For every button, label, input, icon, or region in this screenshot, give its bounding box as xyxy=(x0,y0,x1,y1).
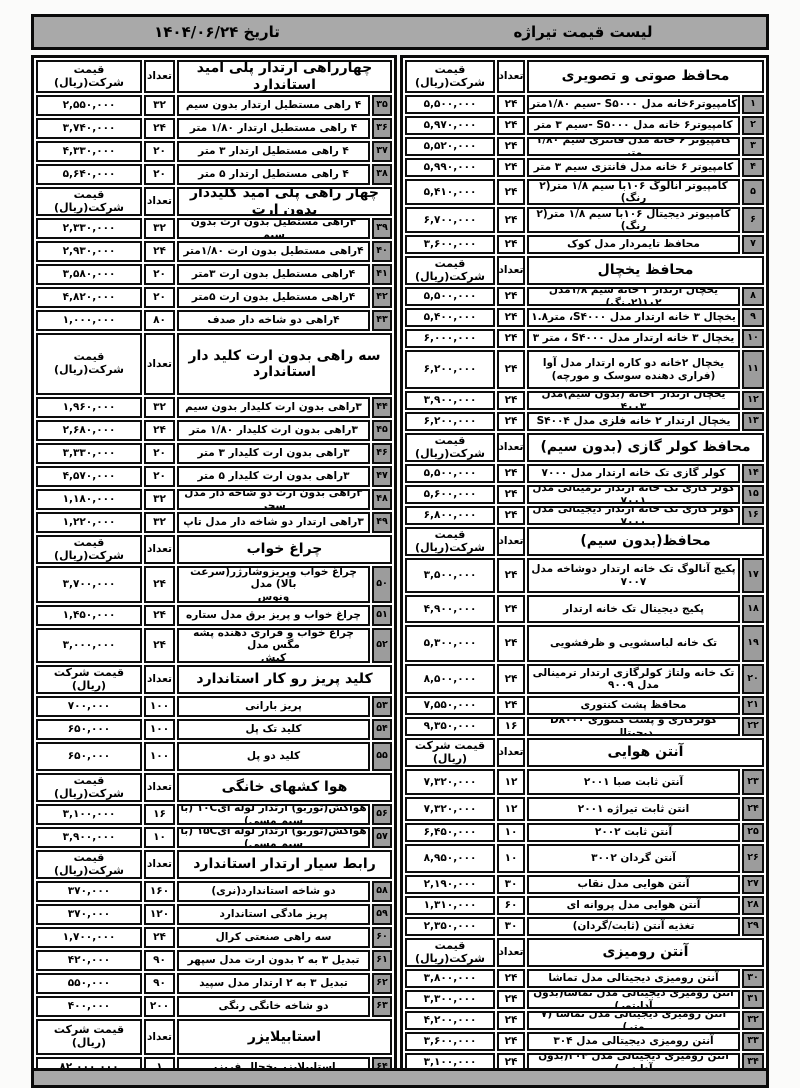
product-name: محافظ تایمردار مدل کوک xyxy=(527,235,740,254)
table-row: ۶۲تبدیل ۳ به ۲ ارتدار مدل سپید۹۰۵۵۰,۰۰۰ xyxy=(36,973,392,994)
quantity-value: ۲۴ xyxy=(497,558,525,593)
product-name: هواکش(توربو) ارتدار لوله ای۱۵C (با سیم م… xyxy=(177,827,370,848)
table-row: ۴۶۳راهی بدون ارت کلیدار ۳ متر۲۰۳,۳۳۰,۰۰۰ xyxy=(36,443,392,464)
quantity-value: ۲۴ xyxy=(144,241,175,262)
quantity-value: ۲۴ xyxy=(497,464,525,483)
row-number: ۷ xyxy=(742,235,764,254)
section-title: رابط سیار ارتدار استاندارد xyxy=(177,850,392,879)
table-row: ۵۵کلید دو پل۱۰۰۶۵۰,۰۰۰ xyxy=(36,742,392,771)
price-value: ۵,۵۰۰,۰۰۰ xyxy=(405,464,495,483)
row-number: ۲۹ xyxy=(742,917,764,936)
quantity-value: ۲۴ xyxy=(497,329,525,348)
row-number: ۵۲ xyxy=(372,628,392,663)
product-name: کامپیوتر ۶ خانه مدل فانتزی سیم ۳ متر xyxy=(527,158,740,177)
section-title: چراغ خواب xyxy=(177,535,392,564)
product-name: هواکش(توربو) ارتدار لوله ای۱۰C (با سیم م… xyxy=(177,804,370,825)
row-number: ۲۰ xyxy=(742,664,764,694)
section-header-row: محافظ(بدون سیم)تعدادقیمت شرکت(ریال) xyxy=(405,527,764,556)
section-title: آنتن هوایی xyxy=(527,738,764,767)
product-name: یخچال ۲خانه دو کاره ارتدار مدل آوا(فراری… xyxy=(527,350,740,389)
product-name: ۴راهی دو شاخه دار صدف xyxy=(177,310,370,331)
table-row: ۴۵۳راهی بدون ارت کلیدار ۱/۸۰ متر۲۴۲,۶۸۰,… xyxy=(36,420,392,441)
price-value: ۳,۶۰۰,۰۰۰ xyxy=(405,235,495,254)
quantity-value: ۱۶ xyxy=(497,717,525,736)
table-row: ۵۳پریز بارانی۱۰۰۷۰۰,۰۰۰ xyxy=(36,696,392,717)
qty-column-header: تعداد xyxy=(144,187,175,216)
price-list-page: تاریخ ۱۴۰۴/۰۶/۲۴ لیست قیمت تیراژه چهاررا… xyxy=(31,14,769,1084)
row-number: ۳۸ xyxy=(372,164,392,185)
table-row: ۶کامپیوتر دیجیتال ۱۰۶با سیم ۱/۸ متر(۲ رن… xyxy=(405,207,764,233)
price-value: ۳۷۰,۰۰۰ xyxy=(36,881,142,902)
price-value: ۵,۶۴۰,۰۰۰ xyxy=(36,164,142,185)
price-value: ۷,۳۲۰,۰۰۰ xyxy=(405,797,495,821)
product-name: ۴ راهی مستطیل ارتدار ۵ متر xyxy=(177,164,370,185)
table-row: ۱۸پکیج دیجیتال تک خانه ارتدار۲۴۴,۹۰۰,۰۰۰ xyxy=(405,595,764,623)
table-row: ۵۲چراغ خواب و فراری دهنده پشه مگس مدلکیش… xyxy=(36,628,392,663)
row-number: ۴۰ xyxy=(372,241,392,262)
row-number: ۴۴ xyxy=(372,397,392,418)
product-name: آنتن رومیزی دیجیتالی مدل تماشا(بدون آداپ… xyxy=(527,990,740,1009)
section-title: چهار راهی پلی آمید کلیددار بدون ارت xyxy=(177,187,392,216)
row-number: ۶۳ xyxy=(372,996,392,1017)
price-value: ۷۰۰,۰۰۰ xyxy=(36,696,142,717)
price-column-header: قیمت شرکت(ریال) xyxy=(36,60,142,93)
price-value: ۸,۹۵۰,۰۰۰ xyxy=(405,844,495,873)
product-name: پکیج دیجیتال تک خانه ارتدار xyxy=(527,595,740,623)
price-value: ۳,۱۰۰,۰۰۰ xyxy=(36,804,142,825)
price-value: ۱,۲۲۰,۰۰۰ xyxy=(36,512,142,533)
quantity-value: ۲۰ xyxy=(144,466,175,487)
qty-column-header: تعداد xyxy=(497,938,525,967)
row-number: ۱۸ xyxy=(742,595,764,623)
section-title: محافظ کولر گازی (بدون سیم) xyxy=(527,433,764,462)
row-number: ۶۱ xyxy=(372,950,392,971)
section-header-row: چهارراهی ارتدار پلی آمید استانداردتعدادق… xyxy=(36,60,392,93)
product-name: ۳راهی بدون ارت کلیدار ۵ متر xyxy=(177,466,370,487)
price-column-header: قیمت شرکت(ریال) xyxy=(36,187,142,216)
product-name: ۳راهی بدون ارت دو شاخه دار مدل سحر xyxy=(177,489,370,510)
quantity-value: ۲۴ xyxy=(144,420,175,441)
product-name: انتن ثابت تیراژه ۲۰۰۱ xyxy=(527,797,740,821)
quantity-value: ۳۲ xyxy=(144,512,175,533)
quantity-value: ۲۴ xyxy=(497,595,525,623)
quantity-value: ۶۰ xyxy=(497,896,525,915)
table-row: ۵۹پریز مادگی استاندارد۱۲۰۳۷۰,۰۰۰ xyxy=(36,904,392,925)
product-name: یخچال ارتدار ۲ خانه سیم ۱/۸مدل ۱۰۲(۲رنگ) xyxy=(527,287,740,306)
price-value: ۴,۳۳۰,۰۰۰ xyxy=(36,141,142,162)
quantity-value: ۱۲۰ xyxy=(144,904,175,925)
price-value: ۵۵۰,۰۰۰ xyxy=(36,973,142,994)
product-name: آنتن هوایی مدل نقاب xyxy=(527,875,740,894)
product-name: ۴راهی مستطیل بدون ارت ۵متر xyxy=(177,287,370,308)
product-name: ۳راهی بدون ارت کلیدار بدون سیم xyxy=(177,397,370,418)
row-number: ۲ xyxy=(742,116,764,135)
product-name: چراغ خواب وپریزوشارژر(سرعت بالا) مدلونوس xyxy=(177,566,370,603)
section-title: محافظ صوتی و تصویری xyxy=(527,60,764,93)
row-number: ۲۸ xyxy=(742,896,764,915)
quantity-value: ۱۰۰ xyxy=(144,696,175,717)
quantity-value: ۳۲ xyxy=(144,489,175,510)
quantity-value: ۲۴ xyxy=(497,485,525,504)
quantity-value: ۲۴ xyxy=(144,118,175,139)
section-header-row: کلید پریز رو کار استانداردتعدادقیمت شرکت… xyxy=(36,665,392,694)
table-row: ۴۱۴راهی مستطیل بدون ارت ۳متر۲۰۳,۵۸۰,۰۰۰ xyxy=(36,264,392,285)
price-value: ۳,۶۰۰,۰۰۰ xyxy=(405,1032,495,1051)
table-row: ۱۲یخچال ارتدار ۲خانه (بدون سیم)مدل ۴۰۰۳۲… xyxy=(405,391,764,410)
section-header-row: آنتن هواییتعدادقیمت شرکت (ریال) xyxy=(405,738,764,767)
quantity-value: ۲۴ xyxy=(497,207,525,233)
price-value: ۳,۹۰۰,۰۰۰ xyxy=(36,827,142,848)
quantity-value: ۱۰ xyxy=(497,823,525,842)
table-row: ۵۶هواکش(توربو) ارتدار لوله ای۱۰C (با سیم… xyxy=(36,804,392,825)
quantity-value: ۲۰ xyxy=(144,287,175,308)
product-name: آنتن هوایی مدل پروانه ای xyxy=(527,896,740,915)
product-name: آنتن ثابت ۲۰۰۲ xyxy=(527,823,740,842)
price-value: ۶,۴۵۰,۰۰۰ xyxy=(405,823,495,842)
product-name: کولرگازی و پشت کنتوری D۸۰۰۰ دیجیتال xyxy=(527,717,740,736)
row-number: ۵۳ xyxy=(372,696,392,717)
quantity-value: ۳۰ xyxy=(497,875,525,894)
qty-column-header: تعداد xyxy=(144,333,175,395)
row-number: ۴ xyxy=(742,158,764,177)
row-number: ۱۲ xyxy=(742,391,764,410)
quantity-value: ۲۴ xyxy=(497,969,525,988)
table-row: ۳۲آنتن رومیزی دیجیتالی مدل تماشا (۷ متر)… xyxy=(405,1011,764,1030)
price-value: ۴,۵۷۰,۰۰۰ xyxy=(36,466,142,487)
quantity-value: ۲۴ xyxy=(144,628,175,663)
qty-column-header: تعداد xyxy=(497,60,525,93)
section-header-row: محافظ یخچالتعدادقیمت شرکت(ریال) xyxy=(405,256,764,285)
row-number: ۵۷ xyxy=(372,827,392,848)
quantity-value: ۲۴ xyxy=(497,116,525,135)
product-name: کولر گازی تک خانه ارتدار دیجیتالی مدل ۷۰… xyxy=(527,506,740,525)
row-number: ۱۳ xyxy=(742,412,764,431)
quantity-value: ۲۴ xyxy=(497,391,525,410)
product-name: تک خانه لباسشویی و ظرفشویی xyxy=(527,625,740,662)
price-value: ۵,۶۰۰,۰۰۰ xyxy=(405,485,495,504)
quantity-value: ۹۰ xyxy=(144,973,175,994)
section-header-row: چهار راهی پلی آمید کلیددار بدون ارتتعداد… xyxy=(36,187,392,216)
price-value: ۳,۸۰۰,۰۰۰ xyxy=(405,969,495,988)
qty-column-header: تعداد xyxy=(144,535,175,564)
section-header-row: آنتن رومیزیتعدادقیمت شرکت(ریال) xyxy=(405,938,764,967)
quantity-value: ۲۴ xyxy=(497,350,525,389)
section-header-row: سه راهی بدون ارت کلید دار استانداردتعداد… xyxy=(36,333,392,395)
row-number: ۱۶ xyxy=(742,506,764,525)
left-half-table: چهارراهی ارتدار پلی آمید استانداردتعدادق… xyxy=(31,55,397,1084)
row-number: ۱۰ xyxy=(742,329,764,348)
qty-column-header: تعداد xyxy=(144,773,175,802)
row-number: ۴۷ xyxy=(372,466,392,487)
price-column-header: قیمت شرکت(ریال) xyxy=(405,527,495,556)
quantity-value: ۳۲ xyxy=(144,397,175,418)
row-number: ۵۰ xyxy=(372,566,392,603)
product-name: ۴ راهی مستطیل ارتدار بدون سیم xyxy=(177,95,370,116)
row-number: ۳۶ xyxy=(372,118,392,139)
row-number: ۳۱ xyxy=(742,990,764,1009)
product-name: ۴ راهی مستطیل ارتدار ۱/۸۰ متر xyxy=(177,118,370,139)
row-number: ۹ xyxy=(742,308,764,327)
price-value: ۶,۲۰۰,۰۰۰ xyxy=(405,412,495,431)
quantity-value: ۲۴ xyxy=(144,927,175,948)
row-number: ۳۵ xyxy=(372,95,392,116)
row-number: ۵۱ xyxy=(372,605,392,626)
section-title: سه راهی بدون ارت کلید دار استاندارد xyxy=(177,333,392,395)
table-row: ۴۷۳راهی بدون ارت کلیدار ۵ متر۲۰۴,۵۷۰,۰۰۰ xyxy=(36,466,392,487)
table-row: ۳۷۴ راهی مستطیل ارتدار ۳ متر۲۰۴,۳۳۰,۰۰۰ xyxy=(36,141,392,162)
quantity-value: ۲۴ xyxy=(497,412,525,431)
table-row: ۶۰سه راهی صنعتی کرال۲۴۱,۷۰۰,۰۰۰ xyxy=(36,927,392,948)
table-row: ۴کامپیوتر ۶ خانه مدل فانتزی سیم ۳ متر۲۴۵… xyxy=(405,158,764,177)
product-name: کلید دو پل xyxy=(177,742,370,771)
price-value: ۷,۳۲۰,۰۰۰ xyxy=(405,769,495,795)
table-row: ۴۸۳راهی بدون ارت دو شاخه دار مدل سحر۳۲۱,… xyxy=(36,489,392,510)
row-number: ۲۶ xyxy=(742,844,764,873)
quantity-value: ۱۲ xyxy=(497,769,525,795)
product-name: یخچال ارتدار ۲ خانه فلزی مدل S۴۰۰۴ xyxy=(527,412,740,431)
qty-column-header: تعداد xyxy=(497,738,525,767)
quantity-value: ۱۰۰ xyxy=(144,719,175,740)
table-row: ۸یخچال ارتدار ۲ خانه سیم ۱/۸مدل ۱۰۲(۲رنگ… xyxy=(405,287,764,306)
product-name: آنتن ثابت صبا ۲۰۰۱ xyxy=(527,769,740,795)
row-number: ۳۰ xyxy=(742,969,764,988)
page-title: لیست قیمت تیراژه xyxy=(400,17,766,47)
row-number: ۴۲ xyxy=(372,287,392,308)
table-row: ۲۸آنتن هوایی مدل پروانه ای۶۰۱,۳۱۰,۰۰۰ xyxy=(405,896,764,915)
price-column-header: قیمت شرکت(ریال) xyxy=(405,433,495,462)
price-value: ۱,۱۸۰,۰۰۰ xyxy=(36,489,142,510)
price-value: ۲,۵۵۰,۰۰۰ xyxy=(36,95,142,116)
title-bar: تاریخ ۱۴۰۴/۰۶/۲۴ لیست قیمت تیراژه xyxy=(31,14,769,50)
price-column-header: قیمت شرکت(ریال) xyxy=(36,333,142,395)
row-number: ۳۲ xyxy=(742,1011,764,1030)
row-number: ۳۹ xyxy=(372,218,392,239)
price-tables: چهارراهی ارتدار پلی آمید استانداردتعدادق… xyxy=(31,55,769,1084)
quantity-value: ۲۰ xyxy=(144,443,175,464)
section-title: چهارراهی ارتدار پلی آمید استاندارد xyxy=(177,60,392,93)
quantity-value: ۱۶۰ xyxy=(144,881,175,902)
quantity-value: ۳۲ xyxy=(144,218,175,239)
table-row: ۱۳یخچال ارتدار ۲ خانه فلزی مدل S۴۰۰۴۲۴۶,… xyxy=(405,412,764,431)
product-name: کولر گازی تک خانه ارتدار مدل ۷۰۰۰ xyxy=(527,464,740,483)
row-number: ۴۶ xyxy=(372,443,392,464)
table-row: ۵۴کلید تک پل۱۰۰۶۵۰,۰۰۰ xyxy=(36,719,392,740)
section-title: استابیلایزر xyxy=(177,1019,392,1055)
quantity-value: ۲۴ xyxy=(497,696,525,715)
product-name: تبدیل ۳ به ۲ بدون ارت مدل سپهر xyxy=(177,950,370,971)
product-name: کلید تک پل xyxy=(177,719,370,740)
row-number: ۵ xyxy=(742,179,764,205)
table-row: ۶۱تبدیل ۳ به ۲ بدون ارت مدل سپهر۹۰۴۲۰,۰۰… xyxy=(36,950,392,971)
price-value: ۲,۱۹۰,۰۰۰ xyxy=(405,875,495,894)
product-name: ۴راهی مستطیل بدون ارت ۳متر xyxy=(177,264,370,285)
row-number: ۴۹ xyxy=(372,512,392,533)
qty-column-header: تعداد xyxy=(497,433,525,462)
table-row: ۴۰۴راهی مستطیل بدون ارت ۱/۸۰متر۲۴۲,۹۳۰,۰… xyxy=(36,241,392,262)
product-name: سه راهی صنعتی کرال xyxy=(177,927,370,948)
qty-column-header: تعداد xyxy=(144,60,175,93)
row-number: ۱۷ xyxy=(742,558,764,593)
section-header-row: محافظ صوتی و تصویریتعدادقیمت شرکت(ریال) xyxy=(405,60,764,93)
price-value: ۴,۸۲۰,۰۰۰ xyxy=(36,287,142,308)
quantity-value: ۲۴ xyxy=(497,308,525,327)
price-value: ۳۷۰,۰۰۰ xyxy=(36,904,142,925)
price-value: ۸,۵۰۰,۰۰۰ xyxy=(405,664,495,694)
table-row: ۵۱چراغ خواب و پریز برق مدل ستاره۲۴۱,۴۵۰,… xyxy=(36,605,392,626)
row-number: ۵۵ xyxy=(372,742,392,771)
price-value: ۴۰۰,۰۰۰ xyxy=(36,996,142,1017)
quantity-value: ۲۴ xyxy=(497,179,525,205)
price-value: ۱,۴۵۰,۰۰۰ xyxy=(36,605,142,626)
quantity-value: ۱۰۰ xyxy=(144,742,175,771)
price-value: ۵,۹۷۰,۰۰۰ xyxy=(405,116,495,135)
price-value: ۳,۵۸۰,۰۰۰ xyxy=(36,264,142,285)
table-row: ۳۵۴ راهی مستطیل ارتدار بدون سیم۳۲۲,۵۵۰,۰… xyxy=(36,95,392,116)
product-name: کامپیوتر۶ خانه مدل S۵۰۰۰ -سیم ۳ متر xyxy=(527,116,740,135)
price-value: ۱,۳۱۰,۰۰۰ xyxy=(405,896,495,915)
product-name: چراغ خواب و فراری دهنده پشه مگس مدلکیش xyxy=(177,628,370,663)
quantity-value: ۱۰ xyxy=(497,844,525,873)
row-number: ۳ xyxy=(742,137,764,156)
qty-column-header: تعداد xyxy=(144,1019,175,1055)
section-header-row: محافظ کولر گازی (بدون سیم)تعدادقیمت شرکت… xyxy=(405,433,764,462)
section-header-row: چراغ خوابتعدادقیمت شرکت(ریال) xyxy=(36,535,392,564)
section-title: هوا کشهای خانگی xyxy=(177,773,392,802)
row-number: ۵۶ xyxy=(372,804,392,825)
row-number: ۵۹ xyxy=(372,904,392,925)
quantity-value: ۲۴ xyxy=(497,95,525,114)
right-half-table: محافظ صوتی و تصویریتعدادقیمت شرکت(ریال)۱… xyxy=(400,55,769,1084)
price-value: ۱,۷۰۰,۰۰۰ xyxy=(36,927,142,948)
table-row: ۷محافظ تایمردار مدل کوک۲۴۳,۶۰۰,۰۰۰ xyxy=(405,235,764,254)
quantity-value: ۳۰ xyxy=(497,917,525,936)
quantity-value: ۳۲ xyxy=(144,95,175,116)
table-row: ۴۲۴راهی مستطیل بدون ارت ۵متر۲۰۴,۸۲۰,۰۰۰ xyxy=(36,287,392,308)
price-value: ۲,۹۳۰,۰۰۰ xyxy=(36,241,142,262)
price-value: ۶۵۰,۰۰۰ xyxy=(36,742,142,771)
price-column-header: قیمت شرکت(ریال) xyxy=(36,773,142,802)
product-name: کولر گازی تک خانه ارتدار ترمینالی مدل ۷۰… xyxy=(527,485,740,504)
row-number: ۱۱ xyxy=(742,350,764,389)
table-row: ۵۷هواکش(توربو) ارتدار لوله ای۱۵C (با سیم… xyxy=(36,827,392,848)
table-row: ۲۷آنتن هوایی مدل نقاب۳۰۲,۱۹۰,۰۰۰ xyxy=(405,875,764,894)
quantity-value: ۲۴ xyxy=(497,137,525,156)
row-number: ۵۸ xyxy=(372,881,392,902)
price-value: ۳,۷۴۰,۰۰۰ xyxy=(36,118,142,139)
product-name: کامپیوتر دیجیتال ۱۰۶با سیم ۱/۸ متر(۲ رنگ… xyxy=(527,207,740,233)
table-row: ۹یخچال ۳ خانه ارتدار مدل S۴۰۰۰، متر۱.۸۲۴… xyxy=(405,308,764,327)
table-row: ۳۱آنتن رومیزی دیجیتالی مدل تماشا(بدون آد… xyxy=(405,990,764,1009)
quantity-value: ۱۰ xyxy=(144,827,175,848)
price-value: ۵,۵۰۰,۰۰۰ xyxy=(405,287,495,306)
price-value: ۶,۰۰۰,۰۰۰ xyxy=(405,329,495,348)
product-name: محافظ پشت کنتوری xyxy=(527,696,740,715)
row-number: ۶ xyxy=(742,207,764,233)
quantity-value: ۲۰ xyxy=(144,264,175,285)
table-row: ۲۶آنتن گردان ۳۰۰۲۱۰۸,۹۵۰,۰۰۰ xyxy=(405,844,764,873)
table-row: ۲۴انتن ثابت تیراژه ۲۰۰۱۱۲۷,۳۲۰,۰۰۰ xyxy=(405,797,764,821)
product-name: ۳راهی بدون ارت کلیدار ۱/۸۰ متر xyxy=(177,420,370,441)
table-row: ۱۱یخچال ۲خانه دو کاره ارتدار مدل آوا(فرا… xyxy=(405,350,764,389)
table-row: ۴۴۳راهی بدون ارت کلیدار بدون سیم۳۲۱,۹۶۰,… xyxy=(36,397,392,418)
qty-column-header: تعداد xyxy=(144,850,175,879)
table-row: ۱۵کولر گازی تک خانه ارتدار ترمینالی مدل … xyxy=(405,485,764,504)
table-row: ۱کامپیوتر۶خانه مدل S۵۰۰۰ -سیم ۱/۸۰متر۲۴۵… xyxy=(405,95,764,114)
product-name: ۴ راهی مستطیل ارتدار ۳ متر xyxy=(177,141,370,162)
table-row: ۲۱محافظ پشت کنتوری۲۴۷,۵۵۰,۰۰۰ xyxy=(405,696,764,715)
quantity-value: ۲۴ xyxy=(497,235,525,254)
quantity-value: ۱۲ xyxy=(497,797,525,821)
row-number: ۲۵ xyxy=(742,823,764,842)
price-value: ۱,۹۶۰,۰۰۰ xyxy=(36,397,142,418)
product-name: پریز بارانی xyxy=(177,696,370,717)
price-value: ۳,۳۰۰,۰۰۰ xyxy=(405,990,495,1009)
product-name: کامپیوتر۶خانه مدل S۵۰۰۰ -سیم ۱/۸۰متر xyxy=(527,95,740,114)
row-number: ۴۱ xyxy=(372,264,392,285)
price-column-header: قیمت شرکت (ریال) xyxy=(405,738,495,767)
product-name: کامپیوتر ۶ خانه مدل فانتزی سیم ۱/۸۰ متر xyxy=(527,137,740,156)
table-row: ۲۲کولرگازی و پشت کنتوری D۸۰۰۰ دیجیتال۱۶۹… xyxy=(405,717,764,736)
quantity-value: ۲۰ xyxy=(144,141,175,162)
qty-column-header: تعداد xyxy=(144,665,175,694)
product-name: آنتن رومیزی دیجیتالی مدل تماشا xyxy=(527,969,740,988)
table-row: ۲۹تغذیه آنتن (ثابت/گردان)۳۰۲,۳۵۰,۰۰۰ xyxy=(405,917,764,936)
quantity-value: ۲۴ xyxy=(497,625,525,662)
row-number: ۴۵ xyxy=(372,420,392,441)
quantity-value: ۲۴ xyxy=(497,990,525,1009)
product-name: آنتن رومیزی دیجیتالی مدل ۳۰۴ xyxy=(527,1032,740,1051)
price-value: ۲,۶۸۰,۰۰۰ xyxy=(36,420,142,441)
price-value: ۵,۵۲۰,۰۰۰ xyxy=(405,137,495,156)
price-value: ۳,۵۰۰,۰۰۰ xyxy=(405,558,495,593)
product-name: ۳راهی ارتدار دو شاخه دار مدل تاپ xyxy=(177,512,370,533)
quantity-value: ۲۴ xyxy=(497,664,525,694)
price-value: ۳,۳۳۰,۰۰۰ xyxy=(36,443,142,464)
table-row: ۳۳آنتن رومیزی دیجیتالی مدل ۳۰۴۲۴۳,۶۰۰,۰۰… xyxy=(405,1032,764,1051)
table-row: ۱۶کولر گازی تک خانه ارتدار دیجیتالی مدل … xyxy=(405,506,764,525)
price-value: ۳,۰۰۰,۰۰۰ xyxy=(36,628,142,663)
price-value: ۲,۳۵۰,۰۰۰ xyxy=(405,917,495,936)
section-title: محافظ(بدون سیم) xyxy=(527,527,764,556)
row-number: ۱۹ xyxy=(742,625,764,662)
row-number: ۲۲ xyxy=(742,717,764,736)
section-title: محافظ یخچال xyxy=(527,256,764,285)
product-name: تبدیل ۳ به ۲ ارتدار مدل سپید xyxy=(177,973,370,994)
row-number: ۴۸ xyxy=(372,489,392,510)
price-value: ۲,۳۳۰,۰۰۰ xyxy=(36,218,142,239)
table-row: ۳کامپیوتر ۶ خانه مدل فانتزی سیم ۱/۸۰ متر… xyxy=(405,137,764,156)
row-number: ۸ xyxy=(742,287,764,306)
row-number: ۱۵ xyxy=(742,485,764,504)
table-row: ۳۰آنتن رومیزی دیجیتالی مدل تماشا۲۴۳,۸۰۰,… xyxy=(405,969,764,988)
product-name: ۴راهی مستطیل بدون ارت ۱/۸۰متر xyxy=(177,241,370,262)
quantity-value: ۲۴ xyxy=(144,566,175,603)
qty-column-header: تعداد xyxy=(497,256,525,285)
product-name: تک خانه ولتاژ کولرگازی ارتدار ترمینالی م… xyxy=(527,664,740,694)
table-row: ۲۳آنتن ثابت صبا ۲۰۰۱۱۲۷,۳۲۰,۰۰۰ xyxy=(405,769,764,795)
price-column-header: قیمت شرکت (ریال) xyxy=(36,665,142,694)
table-row: ۵کامپیوتر آنالوگ ۱۰۶با سیم ۱/۸ متر(۲ رنگ… xyxy=(405,179,764,205)
price-column-header: قیمت شرکت(ریال) xyxy=(405,938,495,967)
price-column-header: قیمت شرکت(ریال) xyxy=(405,256,495,285)
quantity-value: ۲۰۰ xyxy=(144,996,175,1017)
next-section-bar-partial xyxy=(31,1068,769,1088)
price-column-header: قیمت شرکت(ریال) xyxy=(36,850,142,879)
table-row: ۱۰یخچال ۳ خانه ارتدار مدل S۴۰۰۰ ، متر ۳۲… xyxy=(405,329,764,348)
quantity-value: ۲۴ xyxy=(144,605,175,626)
product-name: ۳راهی بدون ارت کلیدار ۳ متر xyxy=(177,443,370,464)
price-value: ۴۲۰,۰۰۰ xyxy=(36,950,142,971)
